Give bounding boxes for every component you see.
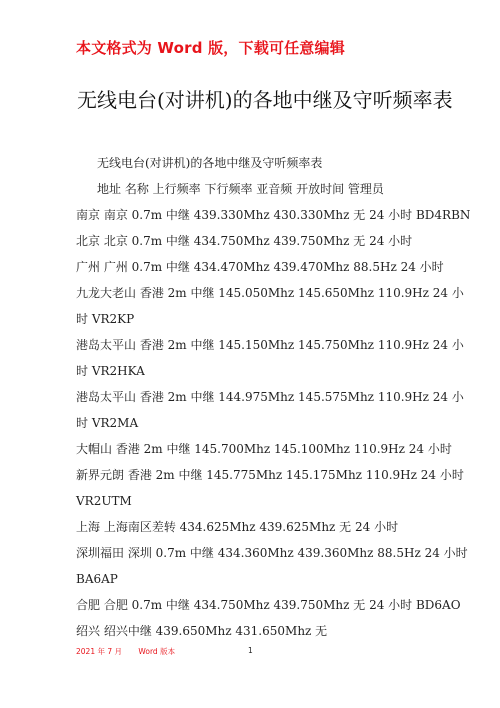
repeater-entry-kowloon-taimoshan: 九龙大老山 香港 2m 中继 145.050Mhz 145.650Mhz 110… [76, 280, 436, 306]
repeater-entry-yuen-long-cont: VR2UTM [76, 488, 436, 514]
repeater-entry-shenzhen-futian-cont: BA6AP [76, 566, 436, 592]
repeater-entry-yuen-long: 新界元朗 香港 2m 中继 145.775Mhz 145.175Mhz 110.… [76, 462, 436, 488]
repeater-entry-victoria-peak-1-cont: 时 VR2HKA [76, 358, 436, 384]
repeater-entry-guangzhou: 广州 广州 0.7m 中继 434.470Mhz 439.470Mhz 88.5… [76, 254, 436, 280]
repeater-entry-shaoxing: 绍兴 绍兴中继 439.650Mhz 431.650Mhz 无 [76, 618, 436, 644]
document-body: 无线电台(对讲机)的各地中继及守听频率表 地址 名称 上行频率 下行频率 亚音频… [76, 150, 436, 644]
footer-version: Word 版本 [138, 646, 175, 657]
repeater-entry-kowloon-taimoshan-cont: 时 VR2KP [76, 306, 436, 332]
repeater-entry-victoria-peak-1: 港岛太平山 香港 2m 中继 145.150Mhz 145.750Mhz 110… [76, 332, 436, 358]
table-header-row: 地址 名称 上行频率 下行频率 亚音频 开放时间 管理员 [76, 176, 436, 202]
document-subtitle: 无线电台(对讲机)的各地中继及守听频率表 [76, 150, 436, 176]
footer-date: 2021 年 7 月 [76, 646, 122, 657]
page-number: 1 [248, 646, 253, 655]
repeater-entry-shanghai: 上海 上海南区差转 434.625Mhz 439.625Mhz 无 24 小时 [76, 514, 436, 540]
document-title: 无线电台(对讲机)的各地中继及守听频率表 [77, 84, 453, 113]
word-format-banner: 本文格式为 Word 版，下载可任意编辑 [76, 37, 345, 58]
repeater-entry-nanjing: 南京 南京 0.7m 中继 439.330Mhz 430.330Mhz 无 24… [76, 202, 436, 228]
repeater-entry-victoria-peak-2: 港岛太平山 香港 2m 中继 144.975Mhz 145.575Mhz 110… [76, 384, 436, 410]
repeater-entry-shenzhen-futian: 深圳福田 深圳 0.7m 中继 434.360Mhz 439.360Mhz 88… [76, 540, 436, 566]
repeater-entry-hefei: 合肥 合肥 0.7m 中继 434.750Mhz 439.750Mhz 无 24… [76, 592, 436, 618]
page-footer: 2021 年 7 月 Word 版本 1 [76, 646, 276, 657]
repeater-entry-victoria-peak-2-cont: 时 VR2MA [76, 410, 436, 436]
repeater-entry-beijing: 北京 北京 0.7m 中继 434.750Mhz 439.750Mhz 无 24… [76, 228, 436, 254]
repeater-entry-tai-mo-shan: 大帽山 香港 2m 中继 145.700Mhz 145.100Mhz 110.9… [76, 436, 436, 462]
